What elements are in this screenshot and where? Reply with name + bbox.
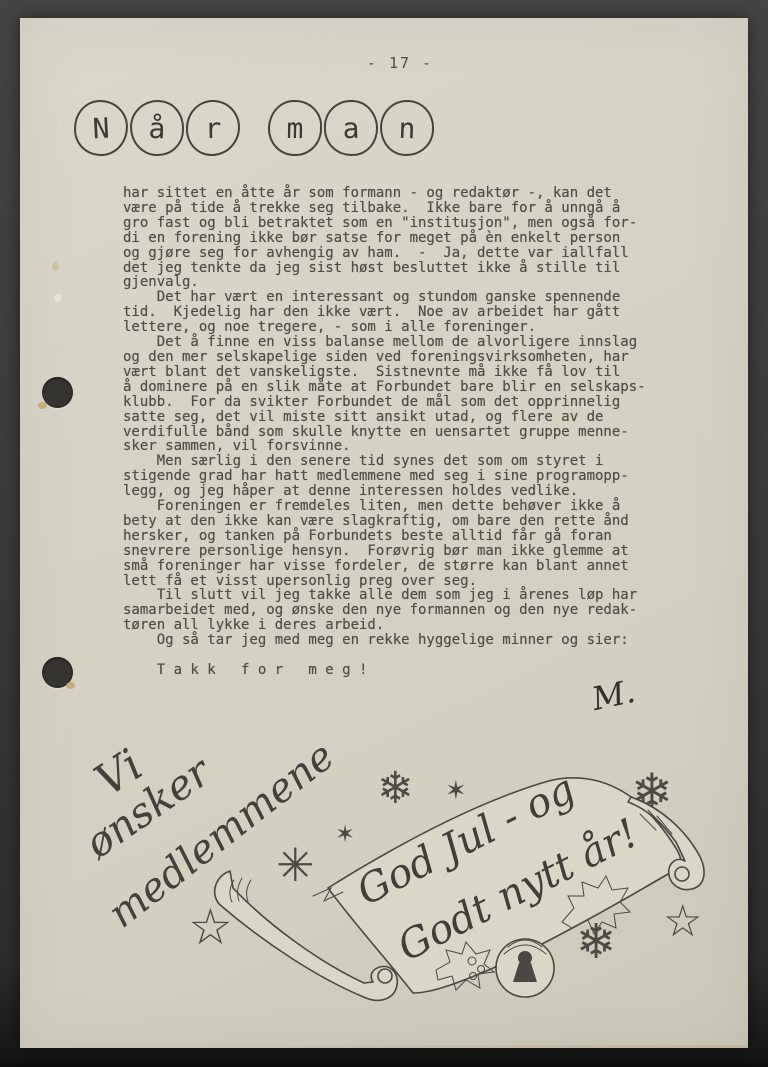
stamped-letter: r: [186, 100, 241, 157]
page-title: N å r m a n: [74, 100, 436, 156]
typewritten-body: har sittet en åtte år som formann - og r…: [123, 186, 708, 678]
document-page: - 17 - N å r m a n har sittet en åtte år…: [20, 18, 748, 1048]
paper-stain: [38, 402, 47, 409]
scan-background: - 17 - N å r m a n har sittet en åtte år…: [0, 0, 768, 1067]
stamped-letter: m: [268, 100, 323, 157]
stamped-letter: n: [379, 99, 435, 157]
paper-stain: [66, 682, 75, 689]
stamped-letter: å: [129, 99, 185, 157]
christmas-scroll-drawing: God Jul - og Godt nytt år!: [100, 730, 748, 1030]
stamped-letter: N: [73, 99, 130, 158]
bell-icon: [496, 939, 554, 997]
page-number: - 17 -: [320, 54, 480, 72]
paper-blemish: [52, 262, 59, 271]
signature-initial: M.: [589, 672, 639, 718]
paper-blemish: [54, 294, 62, 302]
stamped-letter: a: [323, 99, 379, 157]
